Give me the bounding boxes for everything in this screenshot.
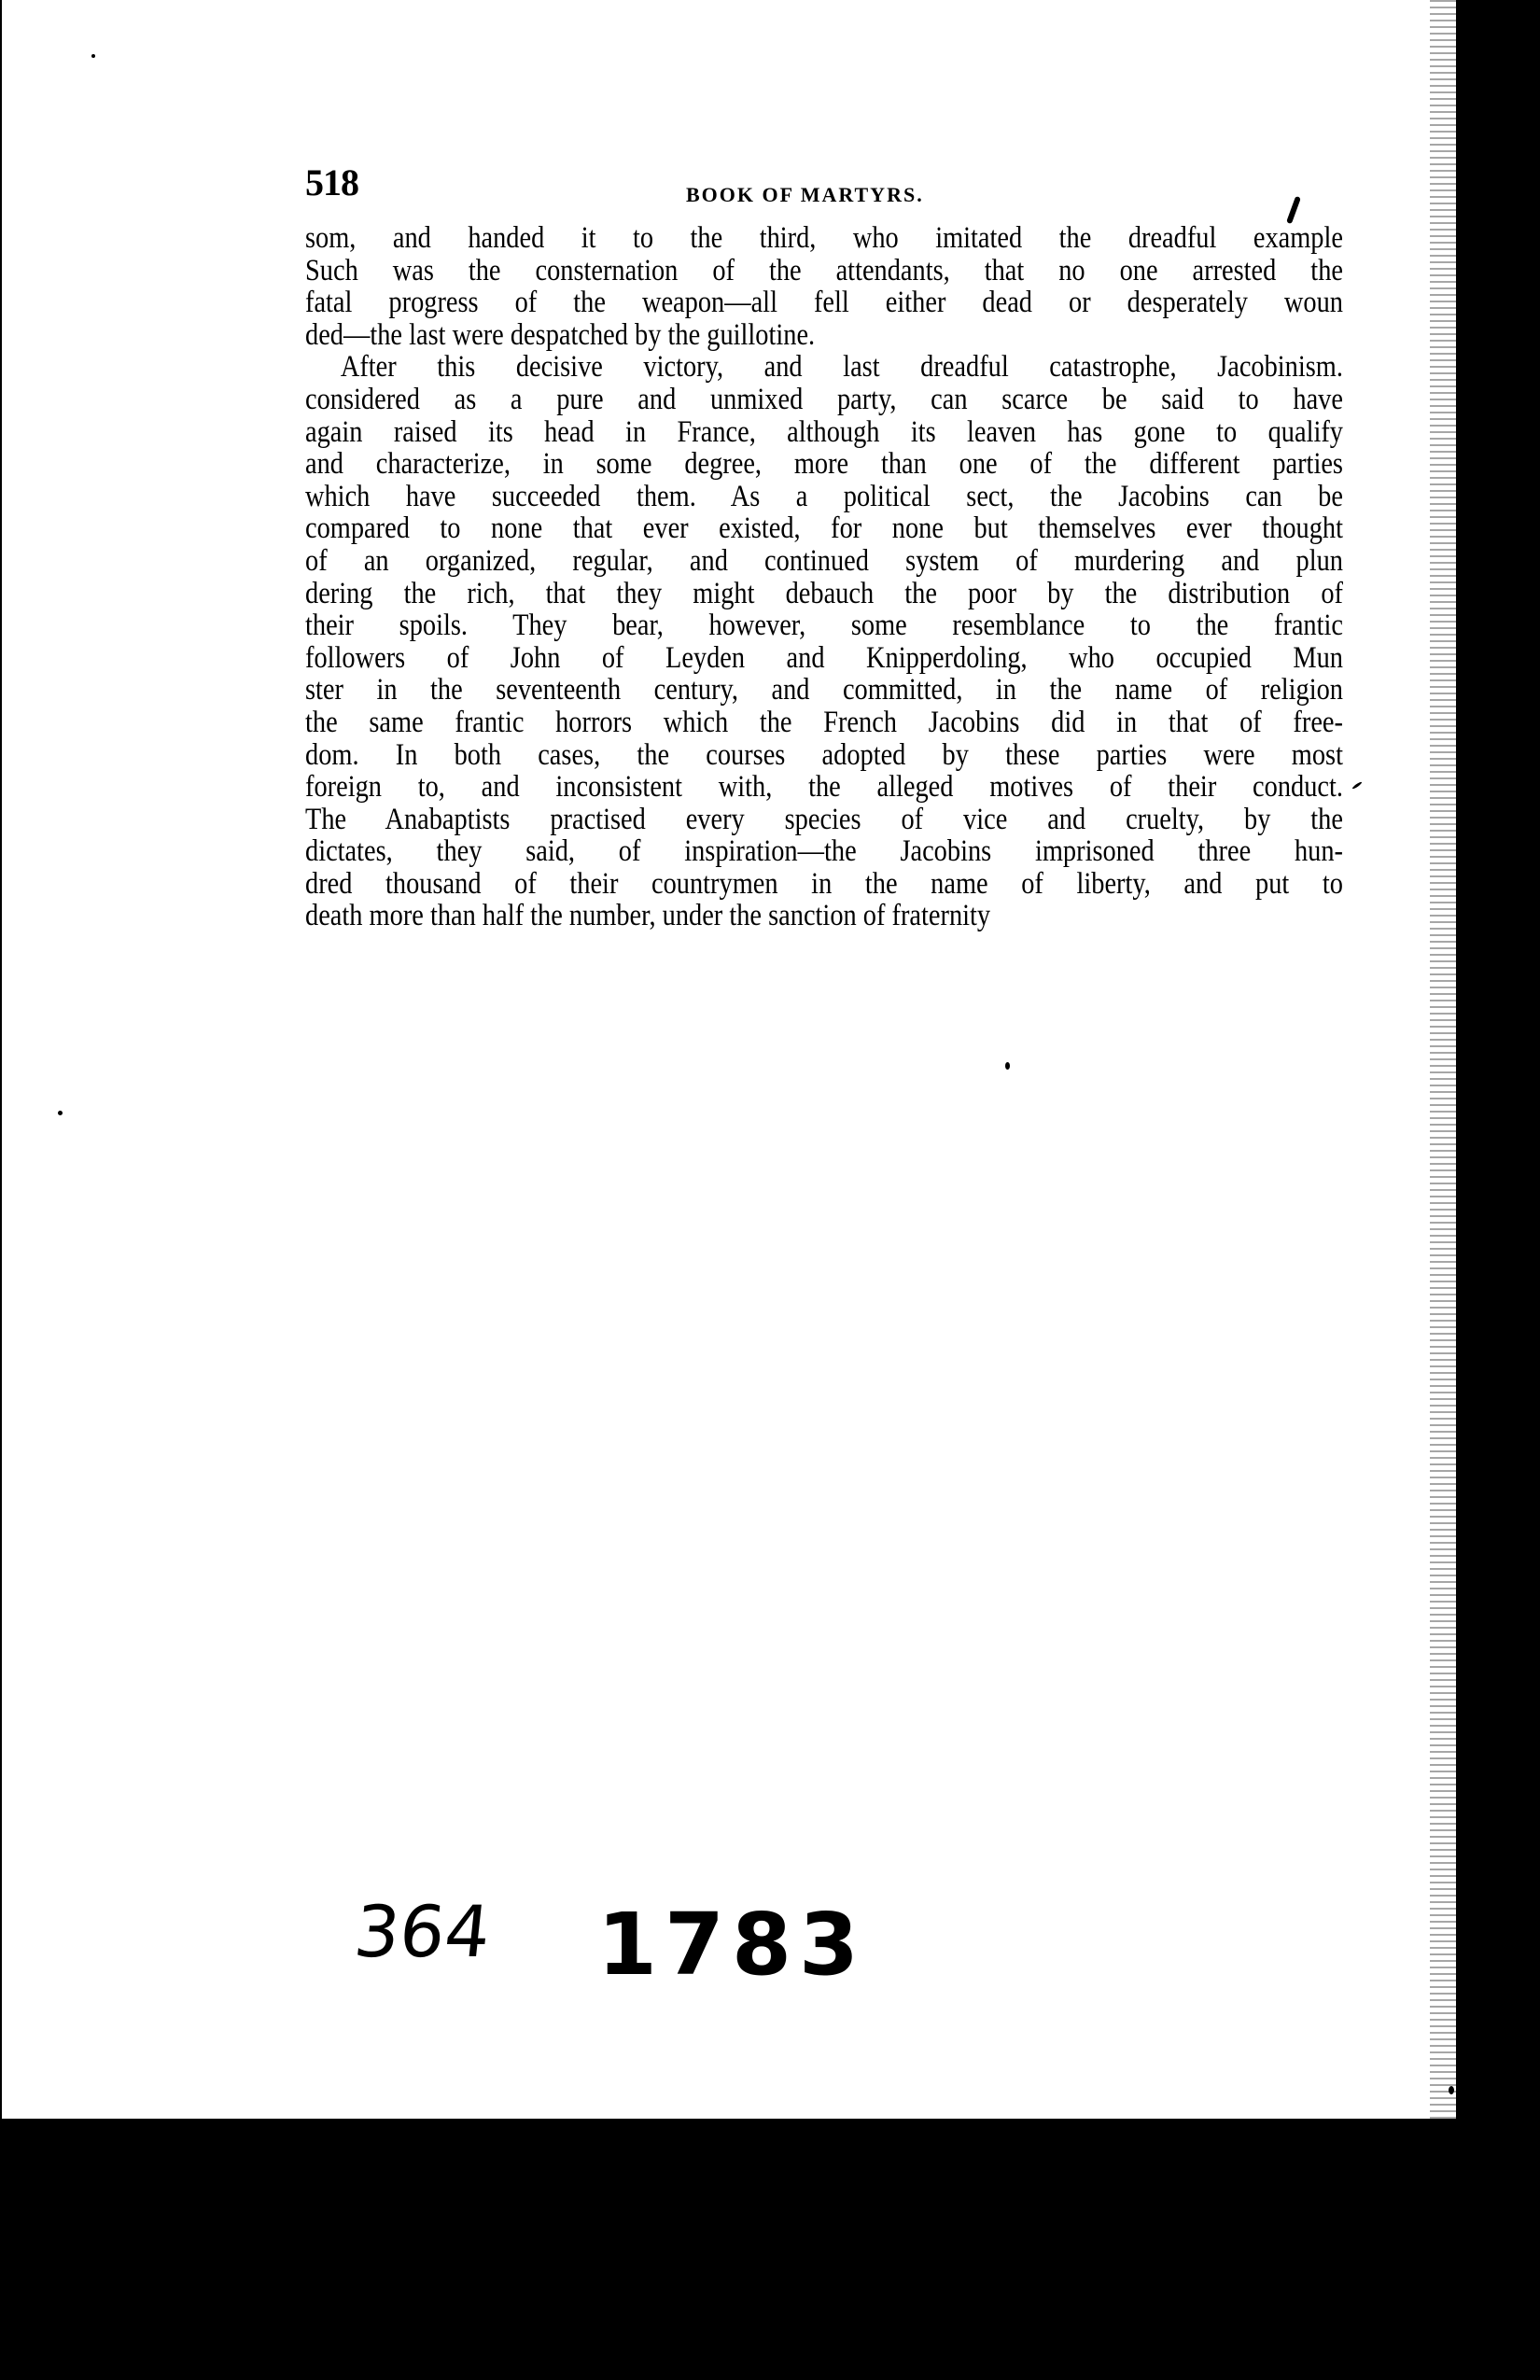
ink-mark-icon — [1286, 196, 1301, 224]
scan-right-edge-fringe — [1430, 0, 1458, 2119]
text-line: and characterize, in some degree, more t… — [305, 448, 1343, 481]
text-line: The Anabaptists practised every species … — [305, 804, 1343, 836]
text-line: dering the rich, that they might debauch… — [305, 578, 1343, 610]
running-head: BOOK OF MARTYRS. — [686, 183, 924, 207]
text-line: ded—the last were despatched by the guil… — [305, 319, 1343, 352]
text-line: dictates, they said, of inspiration—the … — [305, 835, 1343, 868]
body-text: som, and handed it to the third, who imi… — [305, 222, 1343, 932]
scan-speck — [91, 54, 95, 58]
text-line: which have succeeded them. As a politica… — [305, 481, 1343, 513]
text-line: of an organized, regular, and continued … — [305, 545, 1343, 578]
text-line: again raised its head in France, althoug… — [305, 416, 1343, 449]
scan-bottom-edge — [0, 2119, 1540, 2380]
handwritten-note-left: 364 — [350, 1890, 494, 1973]
text-line: foreign to, and inconsistent with, the a… — [305, 771, 1343, 804]
page-number: 518 — [305, 161, 358, 204]
text-line: their spoils. They bear, however, some r… — [305, 609, 1343, 642]
text-line: Such was the consternation of the attend… — [305, 255, 1343, 287]
text-line: dom. In both cases, the courses adopted … — [305, 739, 1343, 772]
scan-left-edge — [0, 0, 2, 2119]
text-line: som, and handed it to the third, who imi… — [305, 222, 1343, 255]
text-line: dred thousand of their countrymen in the… — [305, 868, 1343, 901]
text-line: compared to none that ever existed, for … — [305, 512, 1343, 545]
scan-speck — [1351, 781, 1363, 790]
text-line: the same frantic horrors which the Frenc… — [305, 707, 1343, 739]
scan-speck — [1449, 2086, 1454, 2094]
text-line: death more than half the number, under t… — [305, 900, 1343, 932]
scan-speck — [58, 1111, 63, 1115]
text-line: After this decisive victory, and last dr… — [305, 351, 1343, 384]
scan-speck — [1005, 1062, 1010, 1070]
text-line: considered as a pure and unmixed party, … — [305, 384, 1343, 416]
text-line: ster in the seventeenth century, and com… — [305, 674, 1343, 707]
text-line: fatal progress of the weapon—all fell ei… — [305, 287, 1343, 319]
text-line: followers of John of Leyden and Knipperd… — [305, 642, 1343, 675]
scan-right-edge — [1456, 0, 1540, 2380]
handwritten-note-right: 1783 — [597, 1895, 866, 1995]
